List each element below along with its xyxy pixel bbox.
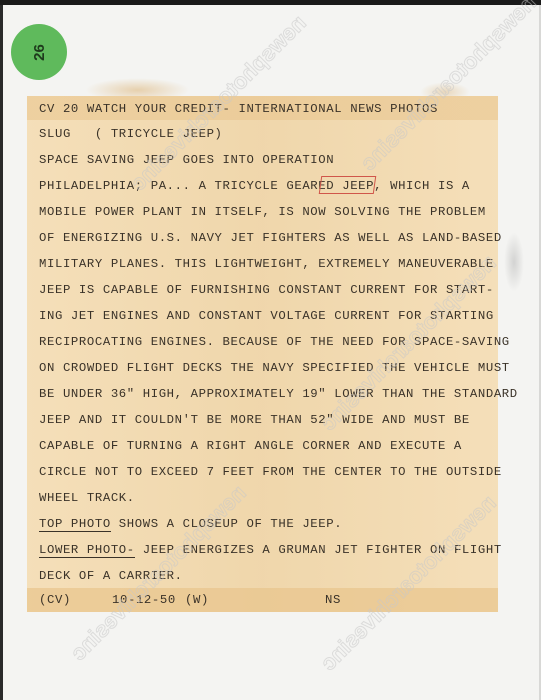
item-number: 26 xyxy=(31,44,48,61)
top-border xyxy=(0,0,541,5)
caption-line: SPACE SAVING JEEP GOES INTO OPERATION xyxy=(39,153,334,167)
footer-initials: NS xyxy=(325,593,341,607)
caption-line: ON CROWDED FLIGHT DECKS THE NAVY SPECIFI… xyxy=(39,361,510,375)
footer-tag: (W) xyxy=(185,593,209,607)
caption-line: RECIPROCATING ENGINES. BECAUSE OF THE NE… xyxy=(39,335,510,349)
lower-photo-text: JEEP ENERGIZES A GRUMAN JET FIGHTER ON F… xyxy=(135,543,502,557)
lower-photo-label: LOWER PHOTO- xyxy=(39,543,135,558)
caption-line: DECK OF A CARRIER. xyxy=(39,569,183,583)
caption-line: WHEEL TRACK. xyxy=(39,491,135,505)
jeep-highlight-box xyxy=(319,176,377,194)
caption-line: CAPABLE OF TURNING A RIGHT ANGLE CORNER … xyxy=(39,439,462,453)
left-border xyxy=(0,5,3,700)
caption-line: MILITARY PLANES. THIS LIGHTWEIGHT, EXTRE… xyxy=(39,257,494,271)
caption-line: OF ENERGIZING U.S. NAVY JET FIGHTERS AS … xyxy=(39,231,502,245)
caption-line: MOBILE POWER PLANT IN ITSELF, IS NOW SOL… xyxy=(39,205,486,219)
footer-band xyxy=(27,588,498,612)
footer-code: (CV) xyxy=(39,593,71,607)
caption-line: SLUG ( TRICYCLE JEEP) xyxy=(39,127,223,141)
top-photo-line: TOP PHOTO SHOWS A CLOSEUP OF THE JEEP. xyxy=(39,517,342,531)
caption-line: BE UNDER 36" HIGH, APPROXIMATELY 19" LOW… xyxy=(39,387,518,401)
caption-line: JEEP IS CAPABLE OF FURNISHING CONSTANT C… xyxy=(39,283,494,297)
scan-smudge xyxy=(504,232,524,292)
top-photo-label: TOP PHOTO xyxy=(39,517,111,532)
caption-line: CV 20 WATCH YOUR CREDIT- INTERNATIONAL N… xyxy=(39,102,438,116)
caption-line: PHILADELPHIA; PA... A TRICYCLE GEARED JE… xyxy=(39,179,470,193)
press-caption-paper: CV 20 WATCH YOUR CREDIT- INTERNATIONAL N… xyxy=(27,96,498,612)
caption-line: ING JET ENGINES AND CONSTANT VOLTAGE CUR… xyxy=(39,309,494,323)
footer-date: 10-12-50 xyxy=(112,593,176,607)
caption-line: JEEP AND IT COULDN'T BE MORE THAN 52" WI… xyxy=(39,413,470,427)
caption-line: CIRCLE NOT TO EXCEED 7 FEET FROM THE CEN… xyxy=(39,465,502,479)
top-photo-text: SHOWS A CLOSEUP OF THE JEEP. xyxy=(111,517,342,531)
lower-photo-line: LOWER PHOTO- JEEP ENERGIZES A GRUMAN JET… xyxy=(39,543,502,557)
item-number-badge: 26 xyxy=(11,24,67,80)
